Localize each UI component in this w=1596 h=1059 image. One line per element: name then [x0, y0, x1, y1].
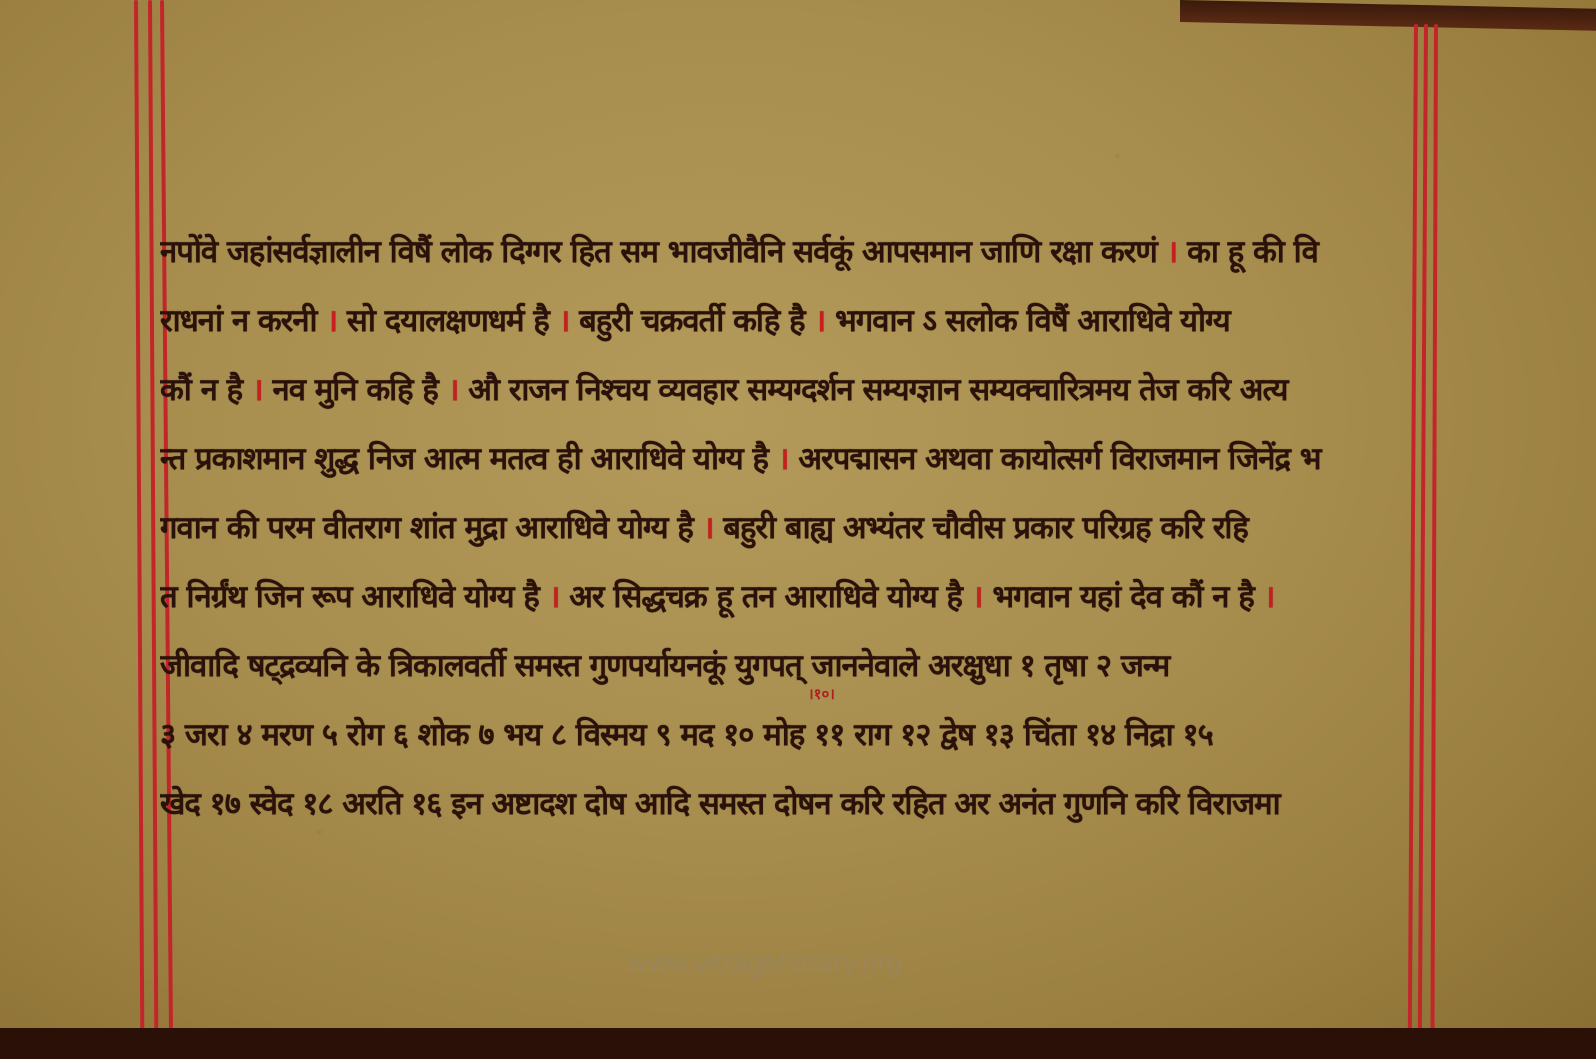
text-line: जीवादि षट्द्रव्यनि के त्रिकालवर्ती समस्त… — [160, 632, 1385, 701]
text-line: नपोंवे जहांसर्वज्ञालीन विषैं लोक दिग्गर … — [160, 218, 1385, 287]
right-margin-rule — [1408, 24, 1418, 1030]
manuscript-text-block: नपोंवे जहांसर्वज्ञालीन विषैं लोक दिग्गर … — [160, 218, 1385, 839]
right-margin-rule — [1430, 24, 1438, 1030]
danda-mark: । — [1167, 234, 1178, 270]
danda-mark: । — [549, 579, 560, 615]
text-line: गवान की परम वीतराग शांत मुद्रा आराधिवे य… — [160, 494, 1385, 563]
danda-mark: । — [778, 441, 789, 477]
danda-mark: । — [326, 303, 337, 339]
danda-mark: । — [252, 372, 263, 408]
manuscript-page: नपोंवे जहांसर्वज्ञालीन विषैं लोक दिग्गर … — [0, 0, 1596, 1040]
text-line: ३ जरा ४ मरण ५ रोग ६ शोक ७ भय ८ विस्मय ९ … — [160, 701, 1385, 770]
watermark: www.vitragelibrary.org — [628, 948, 903, 979]
text-line: खेद १७ स्वेद १८ अरति १६ इन अष्टादश दोष आ… — [160, 770, 1385, 839]
right-margin-rule — [1418, 24, 1428, 1030]
left-margin-rule — [134, 0, 144, 1030]
page-bottom-edge — [0, 1028, 1596, 1059]
left-margin-rule — [148, 0, 158, 1030]
text-line: राधनां न करनी । सो दयालक्षणधर्म है । बहु… — [160, 287, 1385, 356]
text-line: कौं न है । नव मुनि कहि है । औ राजन निश्च… — [160, 356, 1385, 425]
danda-mark: । — [703, 510, 714, 546]
text-line: न्त प्रकाशमान शुद्ध निज आत्म मतत्व ही आर… — [160, 425, 1385, 494]
danda-mark: । — [1264, 579, 1275, 615]
text-line: त निर्ग्रंथ जिन रूप आराधिवे योग्य है । अ… — [160, 563, 1385, 632]
danda-mark: । — [972, 579, 983, 615]
page-top-edge — [1180, 0, 1596, 31]
danda-mark: । — [814, 303, 825, 339]
danda-mark: । — [559, 303, 570, 339]
interlinear-number-note: ।१०। — [808, 684, 835, 704]
danda-mark: । — [448, 372, 459, 408]
